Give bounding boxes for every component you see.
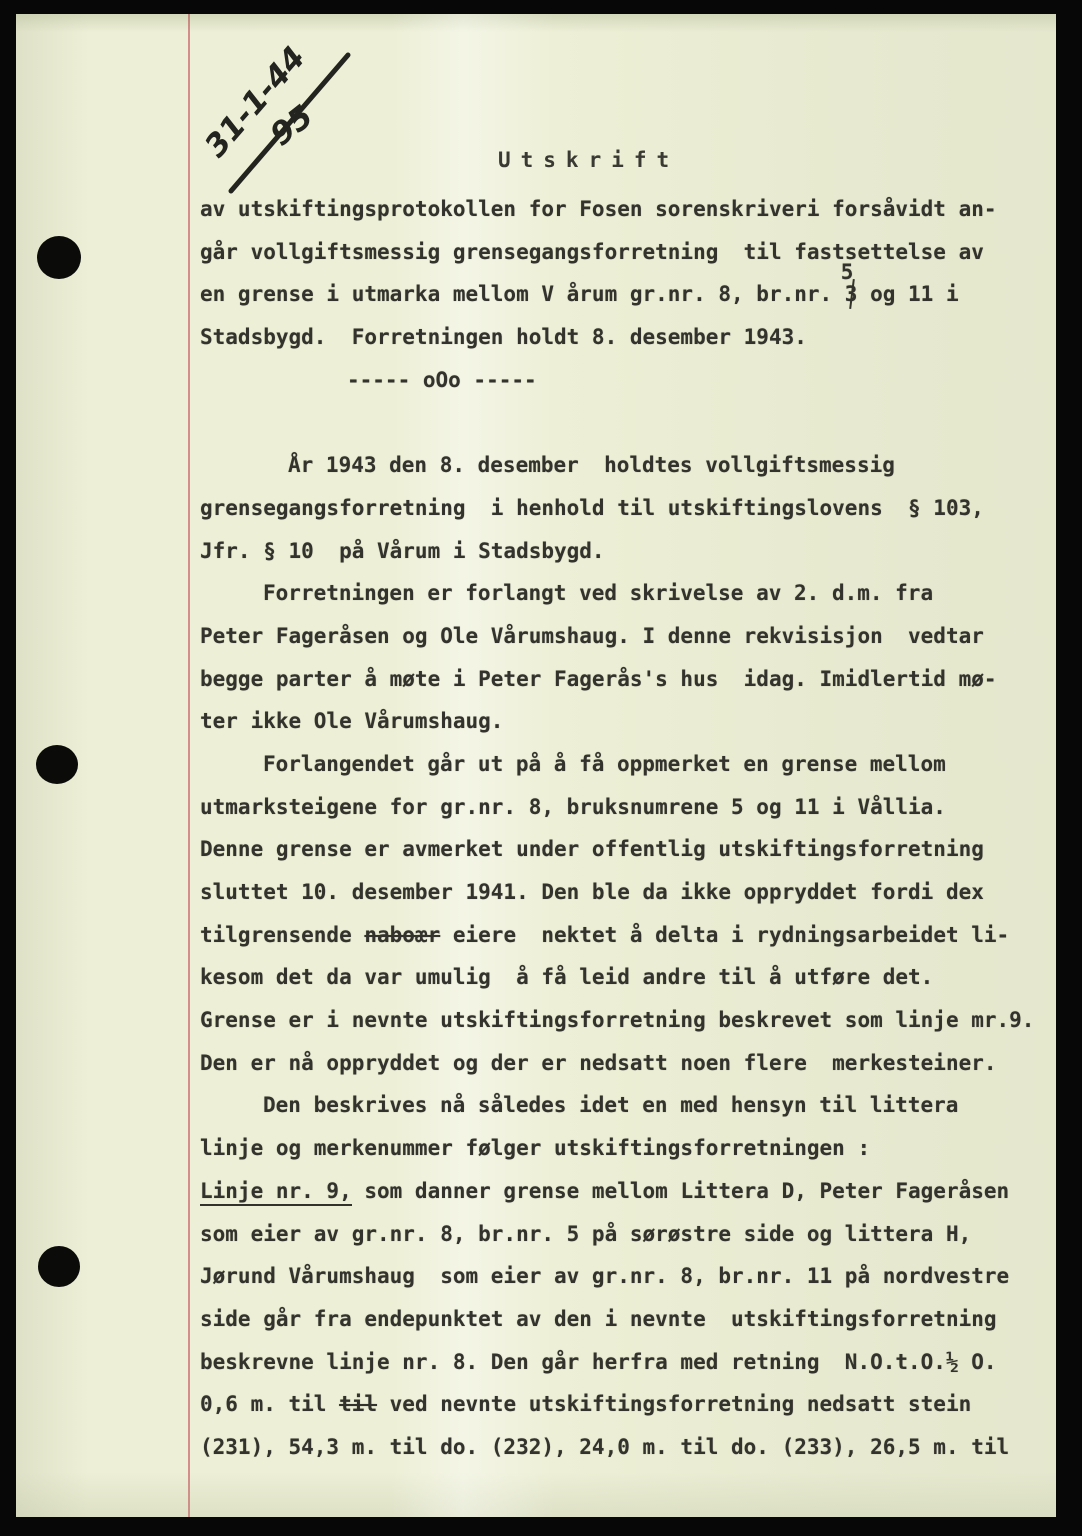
text-segment: begge parter å møte i Peter Fagerås's hu…: [200, 667, 997, 691]
text-line: som eier av gr.nr. 8, br.nr. 5 på sørøst…: [200, 1221, 1056, 1264]
text-line: År 1943 den 8. desember holdtes vollgift…: [200, 452, 1056, 495]
text-line: Peter Fageråsen og Ole Vårumshaug. I den…: [200, 623, 1056, 666]
text-segment: grensegangsforretning i henhold til utsk…: [200, 496, 984, 520]
text-body: av utskiftingsprotokollen for Fosen sore…: [200, 196, 1056, 1477]
text-line: ter ikke Ole Vårumshaug.: [200, 708, 1056, 751]
text-line: Forretningen er forlangt ved skrivelse a…: [200, 580, 1056, 623]
text-line: begge parter å møte i Peter Fagerås's hu…: [200, 666, 1056, 709]
text-segment: og 11 i: [857, 282, 958, 306]
text-segment: som danner grense mellom Littera D, Pete…: [352, 1179, 1009, 1203]
text-line: side går fra endepunktet av den i nevnte…: [200, 1306, 1056, 1349]
text-segment: en grense i utmarka mellom V årum gr.nr.…: [200, 282, 845, 306]
text-line: Grense er i nevnte utskiftingsforretning…: [200, 1007, 1056, 1050]
text-segment: Jørund Vårumshaug som eier av gr.nr. 8, …: [200, 1264, 1009, 1288]
punch-hole: [37, 236, 81, 279]
text-segment: beskrevne linje nr. 8. Den går herfra me…: [200, 1350, 997, 1374]
text-segment-under: Linje nr. 9,: [200, 1179, 352, 1206]
text-line: en grense i utmarka mellom V årum gr.nr.…: [200, 281, 1056, 324]
text-line: utmarksteigene for gr.nr. 8, bruksnumren…: [200, 794, 1056, 837]
text-line: Den beskrives nå således idet en med hen…: [200, 1092, 1056, 1135]
text-segment: linje og merkenummer følger utskiftingsf…: [200, 1136, 870, 1160]
text-line: 0,6 m. til til ved nevnte utskiftingsfor…: [200, 1391, 1056, 1434]
text-segment: (231), 54,3 m. til do. (232), 24,0 m. ti…: [200, 1435, 1009, 1459]
page-title: Utskrift: [498, 148, 679, 172]
text-segment: Denne grense er avmerket under offentlig…: [200, 837, 984, 861]
text-line: sluttet 10. desember 1941. Den ble da ik…: [200, 879, 1056, 922]
text-line: kesom det da var umulig å få leid andre …: [200, 964, 1056, 1007]
text-segment: ved nevnte utskiftingsforretning nedsatt…: [377, 1392, 971, 1416]
text-segment: tilgrensende: [200, 923, 364, 947]
text-line: Jfr. § 10 på Vårum i Stadsbygd.: [200, 538, 1056, 581]
text-segment: 0,6 m. til: [200, 1392, 339, 1416]
punch-hole: [36, 745, 78, 784]
text-line: Linje nr. 9, som danner grense mellom Li…: [200, 1178, 1056, 1221]
text-line: Den er nå oppryddet og der er nedsatt no…: [200, 1050, 1056, 1093]
text-line: går vollgiftsmessig grensegangsforretnin…: [200, 239, 1056, 282]
text-segment: Forretningen er forlangt ved skrivelse a…: [263, 581, 933, 605]
text-segment: Grense er i nevnte utskiftingsforretning…: [200, 1008, 1034, 1032]
corrected-number: 53: [845, 281, 858, 307]
text-segment: går vollgiftsmessig grensegangsforretnin…: [200, 240, 984, 264]
text-line: linje og merkenummer følger utskiftingsf…: [200, 1135, 1056, 1178]
margin-line: [188, 14, 190, 1517]
text-segment-strike: til: [339, 1392, 377, 1416]
text-line: Stadsbygd. Forretningen holdt 8. desembe…: [200, 324, 1056, 367]
text-segment: Den er nå oppryddet og der er nedsatt no…: [200, 1051, 997, 1075]
text-segment: av utskiftingsprotokollen for Fosen sore…: [200, 197, 997, 221]
text-line: tilgrensende naboær eiere nektet å delta…: [200, 922, 1056, 965]
text-segment: side går fra endepunktet av den i nevnte…: [200, 1307, 997, 1331]
text-line: Denne grense er avmerket under offentlig…: [200, 836, 1056, 879]
text-segment: eiere nektet å delta i rydningsarbeidet …: [440, 923, 1009, 947]
text-segment: År 1943 den 8. desember holdtes vollgift…: [288, 453, 895, 477]
text-line: grensegangsforretning i henhold til utsk…: [200, 495, 1056, 538]
text-line: (231), 54,3 m. til do. (232), 24,0 m. ti…: [200, 1434, 1056, 1477]
text-segment: Den beskrives nå således idet en med hen…: [263, 1093, 958, 1117]
text-line: av utskiftingsprotokollen for Fosen sore…: [200, 196, 1056, 239]
text-segment-strike: naboær: [364, 923, 440, 947]
text-segment: [200, 410, 213, 434]
text-segment: ter ikke Ole Vårumshaug.: [200, 709, 503, 733]
text-segment: som eier av gr.nr. 8, br.nr. 5 på sørøst…: [200, 1222, 971, 1246]
text-line: Forlangendet går ut på å få oppmerket en…: [200, 751, 1056, 794]
text-line: Jørund Vårumshaug som eier av gr.nr. 8, …: [200, 1263, 1056, 1306]
text-segment: Forlangendet går ut på å få oppmerket en…: [263, 752, 946, 776]
scan-background: { "page": { "background_color": "#070707…: [0, 0, 1082, 1536]
text-line: beskrevne linje nr. 8. Den går herfra me…: [200, 1349, 1056, 1392]
text-line: ----- oOo -----: [200, 367, 1056, 410]
text-segment: Peter Fageråsen og Ole Vårumshaug. I den…: [200, 624, 984, 648]
text-segment: Stadsbygd. Forretningen holdt 8. desembe…: [200, 325, 807, 349]
text-segment: kesom det da var umulig å få leid andre …: [200, 965, 933, 989]
text-segment: ----- oOo -----: [347, 368, 537, 392]
punch-hole: [38, 1246, 80, 1287]
paper: 31-1-44 95 Utskrift av utskiftingsprotok…: [16, 14, 1056, 1517]
text-segment: Jfr. § 10 på Vårum i Stadsbygd.: [200, 539, 605, 563]
text-segment: sluttet 10. desember 1941. Den ble da ik…: [200, 880, 984, 904]
text-segment: utmarksteigene for gr.nr. 8, bruksnumren…: [200, 795, 946, 819]
text-line: [200, 409, 1056, 452]
